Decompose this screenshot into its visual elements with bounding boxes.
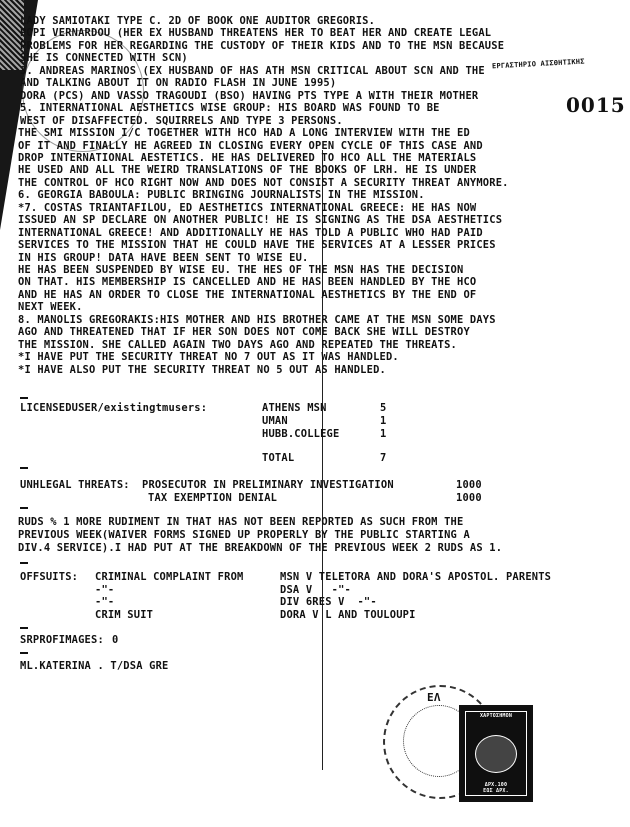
body-line: AND HE HAS AN ORDER TO CLOSE THE INTERNA… — [18, 289, 476, 301]
section-dash — [20, 652, 28, 654]
body-line: AND TALKING ABOUT IT ON RADIO FLASH IN J… — [20, 77, 336, 89]
offsuit-type: CRIMINAL COMPLAINT FROM — [95, 571, 243, 583]
srprofimages-label: SRPROFIMAGES: — [20, 634, 104, 646]
body-line: NEXT WEEK. — [18, 301, 83, 313]
offsuit-party: DORA V L AND TOULOUPI — [280, 609, 416, 621]
stamp-portrait-icon — [475, 735, 517, 773]
offsuits-label: OFFSUITS: — [20, 571, 78, 583]
licensed-user-name: ATHENS MSN — [262, 402, 327, 414]
body-line: SHE IS CONNECTED WITH SCN) — [20, 52, 188, 64]
body-line: AGO AND THREATENED THAT IF HER SON DOES … — [18, 326, 470, 338]
body-line: INTERNATIONAL GREECE! AND ADDITIONALLY H… — [18, 227, 483, 239]
licensed-user-count: 1 — [380, 415, 386, 427]
section-dash — [20, 562, 28, 564]
body-line: LADY SAMIOTAKI TYPE C. 2D OF BOOK ONE AU… — [20, 15, 375, 27]
body-line: DROP INTERNATIONAL AESTETICS. HE HAS DEL… — [18, 152, 476, 164]
body-line: DORA (PCS) AND VASSO TRAGOUDI (BSO) HAVI… — [20, 90, 478, 102]
licensed-user-count: 1 — [380, 428, 386, 440]
body-line: OF IT AND FINALLY HE AGREED IN CLOSING E… — [18, 140, 483, 152]
srprofimages-value: 0 — [112, 634, 118, 646]
stamp-top-text: ΧΑΡΤΟΣΗΜΟΝ — [467, 713, 525, 727]
body-line: 8. MANOLIS GREGORAKIS:HIS MOTHER AND HIS… — [18, 314, 496, 326]
body-line: 5. INTERNATIONAL AESTHETICS WISE GROUP: … — [20, 102, 440, 114]
ruds-line: DIV.4 SERVICE).I HAD PUT AT THE BREAKDOW… — [18, 542, 502, 554]
body-line: *I HAVE PUT THE SECURITY THREAT NO 7 OUT… — [18, 351, 399, 363]
fax-document-page: ΕΡΓΑΣΤΗΡΙΟ ΑΙΣΘΗΤΙΚΗΣ 0015 LADY SAMIOTAK… — [0, 0, 630, 827]
signature-line: ML.KATERINA . T/DSA GRE — [20, 660, 168, 672]
section-dash — [20, 397, 28, 399]
offsuit-party: MSN V TELETORA AND DORA'S APOSTOL. PAREN… — [280, 571, 551, 583]
threat-value: 1000 — [456, 492, 482, 504]
body-line: HE USED AND ALL THE WEIRD TRANSLATIONS O… — [18, 164, 476, 176]
page-number: 0015 — [566, 93, 626, 117]
body-line: THE CONTROL OF HCO RIGHT NOW AND DOES NO… — [18, 177, 509, 189]
seal-text: ΕΛ — [427, 691, 441, 704]
section-dash — [20, 627, 28, 629]
body-line: 6. GEORGIA BABOULA: PUBLIC BRINGING JOUR… — [18, 189, 425, 201]
ruds-line: RUDS % 1 MORE RUDIMENT IN THAT HAS NOT B… — [18, 516, 463, 528]
legal-threats-label: UNHLEGAL THREATS: — [20, 479, 130, 491]
licensed-user-count: 5 — [380, 402, 386, 414]
licensed-users-total: 7 — [380, 452, 386, 464]
offsuit-party: DSA V -"- — [280, 584, 351, 596]
body-line: 3. ANDREAS MARINOS (EX HUSBAND OF HAS AT… — [20, 65, 485, 77]
threat-item: TAX EXEMPTION DENIAL — [148, 492, 277, 504]
rubber-stamp-text: ΕΡΓΑΣΤΗΡΙΟ ΑΙΣΘΗΤΙΚΗΣ — [492, 58, 585, 71]
offsuit-type: -"- — [95, 584, 114, 596]
body-line: ON THAT. HIS MEMBERSHIP IS CANCELLED AND… — [18, 276, 476, 288]
body-line: THE SMI MISSION I/C TOGETHER WITH HCO HA… — [18, 127, 470, 139]
body-line: WEST OF DISAFFECTED. SQUIRRELS AND TYPE … — [20, 115, 343, 127]
licensed-user-name: HUBB.COLLEGE — [262, 428, 339, 440]
body-line: ISSUED AN SP DECLARE ON ANOTHER PUBLIC! … — [18, 214, 502, 226]
body-line: *I HAVE ALSO PUT THE SECURITY THREAT NO … — [18, 364, 386, 376]
body-line: *7. COSTAS TRIANTAFILOU, ED AESTHETICS I… — [18, 202, 476, 214]
threat-item: PROSECUTOR IN PRELIMINARY INVESTIGATION — [142, 479, 394, 491]
body-line: SERVICES TO THE MISSION THAT HE COULD HA… — [18, 239, 496, 251]
offsuit-type: -"- — [95, 596, 114, 608]
body-line: HE HAS BEEN SUSPENDED BY WISE EU. THE HE… — [18, 264, 463, 276]
threat-value: 1000 — [456, 479, 482, 491]
licensed-users-label: LICENSEDUSER/existingtmusers: — [20, 402, 207, 414]
body-line: PROBLEMS FOR HER REGARDING THE CUSTODY O… — [20, 40, 504, 52]
stamp-bottom-text: ΕΩΣ ΔΡΧ. — [467, 788, 525, 794]
body-line: IN HIS GROUP! DATA HAVE BEEN SENT TO WIS… — [18, 252, 309, 264]
stamp-bottom: ΔΡΧ.100 ΕΩΣ ΔΡΧ. — [467, 782, 525, 794]
section-dash — [20, 467, 28, 469]
ruds-line: PREVIOUS WEEK(WAIVER FORMS SIGNED UP PRO… — [18, 529, 470, 541]
revenue-stamp: ΧΑΡΤΟΣΗΜΟΝ ΔΡΧ.100 ΕΩΣ ΔΡΧ. — [459, 705, 533, 802]
section-dash — [20, 507, 28, 509]
body-line: POPI VERNARDOU (HER EX HUSBAND THREATENS… — [20, 27, 491, 39]
offsuit-party: DIV 6RES V -"- — [280, 596, 377, 608]
licensed-user-name: UMAN — [262, 415, 288, 427]
body-line: THE MISSION. SHE CALLED AGAIN TWO DAYS A… — [18, 339, 457, 351]
licensed-users-total-label: TOTAL — [262, 452, 294, 464]
offsuit-type: CRIM SUIT — [95, 609, 153, 621]
